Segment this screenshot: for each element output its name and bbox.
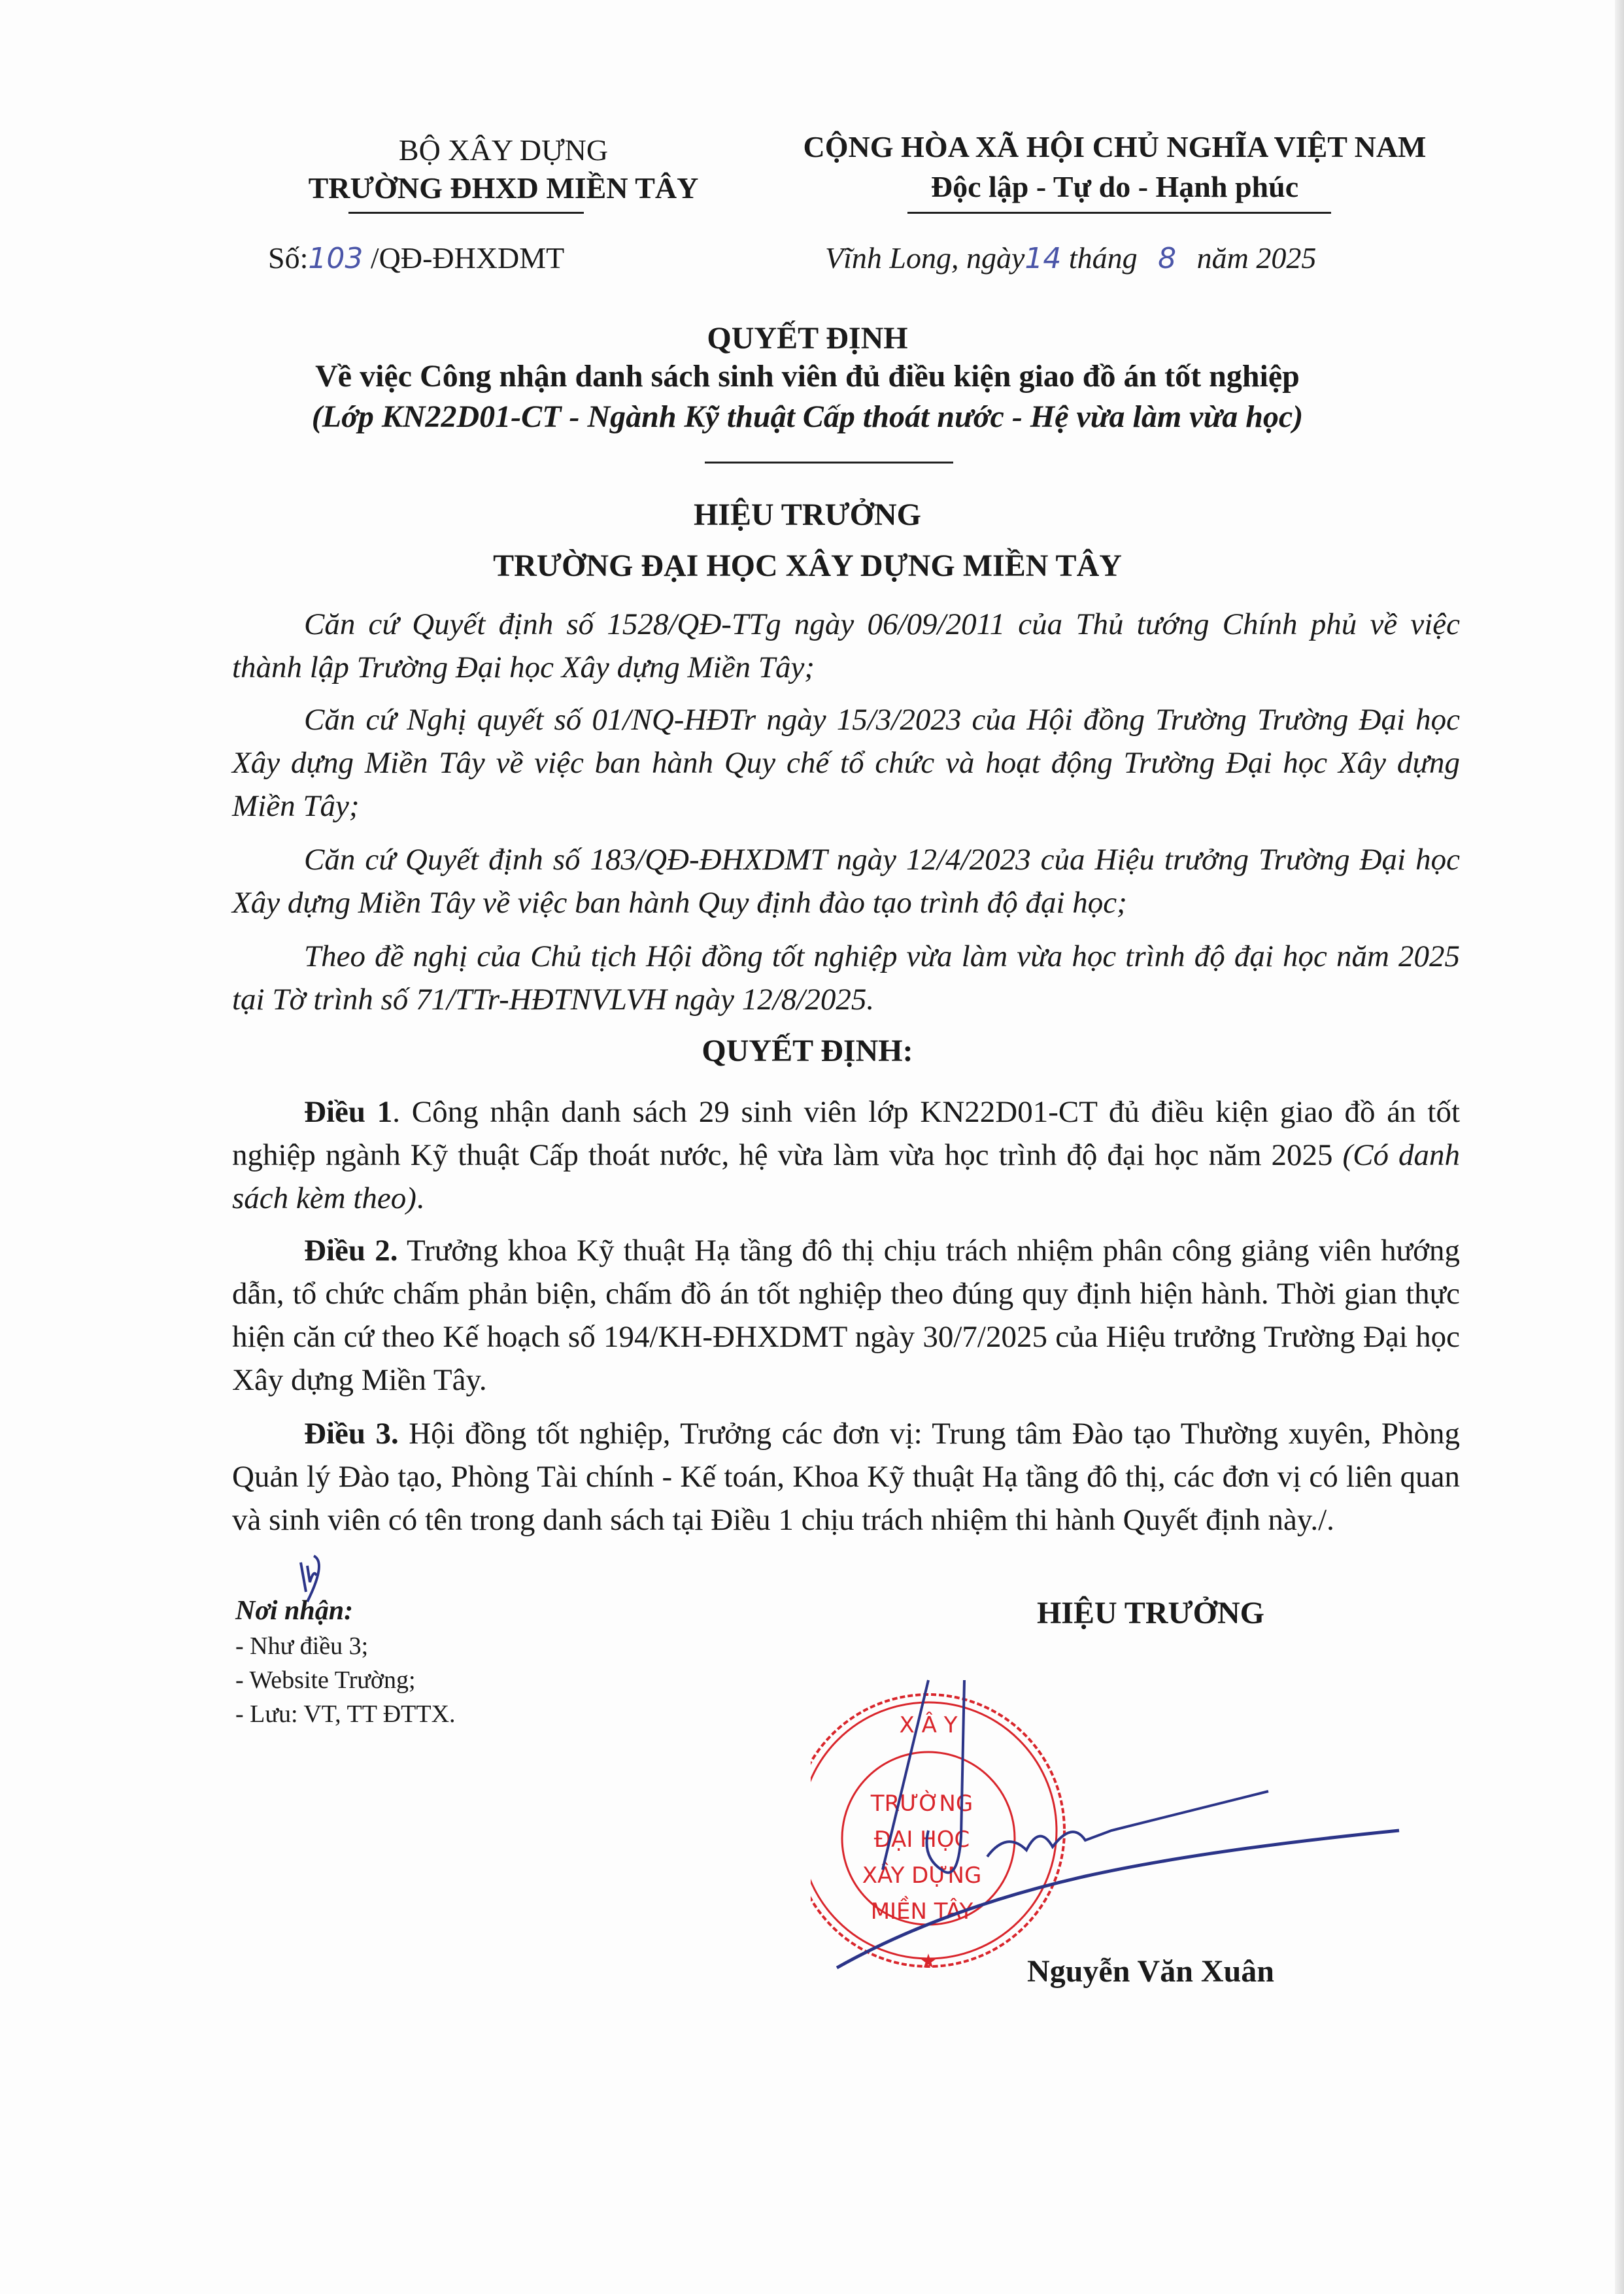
article-1-end: . (416, 1181, 424, 1215)
doc-number-handwritten: 103 (308, 242, 363, 275)
article-1: Điều 1. Công nhận danh sách 29 sinh viên… (232, 1090, 1460, 1220)
article-2-text: Trưởng khoa Kỹ thuật Hạ tầng đô thị chịu… (232, 1234, 1460, 1397)
article-2-sep (398, 1234, 407, 1268)
doc-number-label: Số: (268, 241, 308, 275)
article-1-label: Điều 1 (304, 1095, 392, 1129)
document-subject: Về việc Công nhận danh sách sinh viên đủ… (0, 358, 1615, 394)
recipient-item: - Lưu: VT, TT ĐTTX. (235, 1698, 456, 1730)
school-underline (348, 212, 584, 214)
decision-heading: QUYẾT ĐỊNH: (0, 1033, 1615, 1069)
month-handwritten: 8 (1158, 242, 1176, 275)
official-stamp-and-signature: X Â Y TRƯỜNG ĐẠI HỌC XÂY DỰNG MIỀN TÂY ★ (811, 1661, 1412, 2000)
basis-3: Căn cứ Quyết định số 183/QĐ-ĐHXDMT ngày … (232, 838, 1460, 924)
recipient-item: - Website Trường; (235, 1664, 416, 1696)
svg-text:★: ★ (920, 1950, 938, 1973)
month-label: tháng (1069, 241, 1138, 275)
document-title: QUYẾT ĐỊNH (0, 320, 1615, 356)
authority-title: HIỆU TRƯỞNG (0, 497, 1615, 533)
doc-number-suffix: /QĐ-ĐHXDMT (371, 241, 564, 275)
article-2-label: Điều 2. (304, 1234, 398, 1268)
recipient-item: - Như điều 3; (235, 1630, 368, 1662)
authority-school: TRƯỜNG ĐẠI HỌC XÂY DỰNG MIỀN TÂY (0, 548, 1615, 584)
school-name: TRƯỜNG ĐHXD MIỀN TÂY (235, 169, 771, 208)
article-3: Điều 3. Hội đồng tốt nghiệp, Trưởng các … (232, 1412, 1460, 1542)
svg-text:MIỀN TÂY: MIỀN TÂY (871, 1896, 973, 1925)
signer-title: HIỆU TRƯỞNG (968, 1595, 1334, 1631)
article-3-label: Điều 3. (304, 1417, 399, 1451)
place-date-label: Vĩnh Long, ngày (825, 241, 1024, 275)
article-2: Điều 2. Trưởng khoa Kỹ thuật Hạ tầng đô … (232, 1229, 1460, 1402)
country-name: CỘNG HÒA XÃ HỘI CHỦ NGHĨA VIỆT NAM (765, 127, 1464, 167)
svg-text:TRƯỜNG: TRƯỜNG (870, 1790, 973, 1817)
svg-text:X Â Y: X Â Y (900, 1712, 958, 1738)
basis-4: Theo đề nghị của Chủ tịch Hội đồng tốt n… (232, 935, 1460, 1021)
article-3-sep (399, 1417, 409, 1451)
national-motto: Độc lập - Tự do - Hạnh phúc (765, 167, 1464, 207)
article-1-text: Công nhận danh sách 29 sinh viên lớp KN2… (232, 1095, 1460, 1172)
svg-text:XÂY DỰNG: XÂY DỰNG (862, 1862, 982, 1889)
place-date: Vĩnh Long, ngày14 tháng 8 năm 2025 (825, 239, 1316, 278)
motto-underline (907, 212, 1331, 214)
scan-edge (1615, 0, 1624, 2294)
signer-name: Nguyễn Văn Xuân (968, 1953, 1334, 1989)
article-1-sep: . (392, 1095, 412, 1129)
basis-2: Căn cứ Nghị quyết số 01/NQ-HĐTr ngày 15/… (232, 698, 1460, 828)
title-divider (705, 462, 953, 464)
day-handwritten: 14 (1024, 242, 1061, 275)
article-3-text: Hội đồng tốt nghiệp, Trưởng các đơn vị: … (232, 1417, 1460, 1537)
document-class-line: (Lớp KN22D01-CT - Ngành Kỹ thuật Cấp tho… (0, 399, 1615, 435)
ministry-name: BỘ XÂY DỰNG (275, 131, 732, 170)
year-label: năm 2025 (1197, 241, 1317, 275)
recipients-heading: Nơi nhận: (235, 1595, 353, 1627)
doc-number: Số:103 /QĐ-ĐHXDMT (268, 239, 564, 278)
basis-1: Căn cứ Quyết định số 1528/QĐ-TTg ngày 06… (232, 603, 1460, 689)
